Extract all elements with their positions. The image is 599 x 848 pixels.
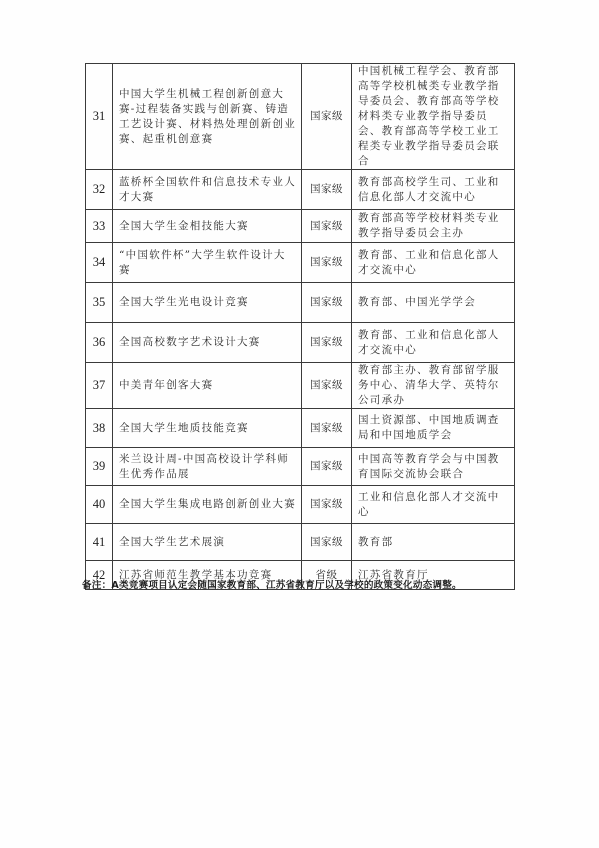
organizer: 中国机械工程学会、教育部高等学校机械类专业教学指导委员会、教育部高等学校材料类专… [352, 64, 515, 170]
row-number: 38 [86, 409, 113, 448]
row-number: 32 [86, 170, 113, 210]
competition-level: 国家级 [302, 448, 352, 486]
competition-name: 全国大学生光电设计竞赛 [113, 283, 302, 323]
competition-level: 国家级 [302, 363, 352, 409]
row-number: 35 [86, 283, 113, 323]
competition-name: 米兰设计周-中国高校设计学科师生优秀作品展 [113, 448, 302, 486]
competition-level: 国家级 [302, 64, 352, 170]
competition-level: 国家级 [302, 409, 352, 448]
organizer: 中国高等教育学会与中国教育国际交流协会联合 [352, 448, 515, 486]
organizer: 教育部、中国光学学会 [352, 283, 515, 323]
table-row: 41 全国大学生艺术展演 国家级 教育部 [86, 524, 515, 561]
row-number: 37 [86, 363, 113, 409]
competition-name: 全国大学生金相技能大赛 [113, 210, 302, 243]
table-row: 31 中国大学生机械工程创新创意大赛-过程装备实践与创新赛、铸造工艺设计赛、材料… [86, 64, 515, 170]
competition-level: 国家级 [302, 283, 352, 323]
table-row: 34 “中国软件杯”大学生软件设计大赛 国家级 教育部、工业和信息化部人才交流中… [86, 243, 515, 283]
competition-level: 国家级 [302, 243, 352, 283]
competition-level: 国家级 [302, 524, 352, 561]
row-number: 41 [86, 524, 113, 561]
competition-name: 中美青年创客大赛 [113, 363, 302, 409]
row-number: 40 [86, 486, 113, 524]
organizer: 教育部、工业和信息化部人才交流中心 [352, 243, 515, 283]
row-number: 34 [86, 243, 113, 283]
competition-level: 国家级 [302, 210, 352, 243]
table-row: 35 全国大学生光电设计竞赛 国家级 教育部、中国光学学会 [86, 283, 515, 323]
competition-level: 国家级 [302, 170, 352, 210]
row-number: 36 [86, 323, 113, 363]
competition-name: 全国大学生集成电路创新创业大赛 [113, 486, 302, 524]
table-row: 37 中美青年创客大赛 国家级 教育部主办、教育部留学服务中心、清华大学、英特尔… [86, 363, 515, 409]
table-row: 39 米兰设计周-中国高校设计学科师生优秀作品展 国家级 中国高等教育学会与中国… [86, 448, 515, 486]
competition-level: 国家级 [302, 486, 352, 524]
row-number: 39 [86, 448, 113, 486]
organizer: 教育部高等学校材料类专业教学指导委员会主办 [352, 210, 515, 243]
competition-name: 全国大学生地质技能竞赛 [113, 409, 302, 448]
row-number: 33 [86, 210, 113, 243]
table-row: 36 全国高校数字艺术设计大赛 国家级 教育部、工业和信息化部人才交流中心 [86, 323, 515, 363]
table-row: 32 蓝桥杯全国软件和信息技术专业人才大赛 国家级 教育部高校学生司、工业和信息… [86, 170, 515, 210]
row-number: 31 [86, 64, 113, 170]
organizer: 教育部主办、教育部留学服务中心、清华大学、英特尔公司承办 [352, 363, 515, 409]
organizer: 国土资源部、中国地质调查局和中国地质学会 [352, 409, 515, 448]
competition-name: 中国大学生机械工程创新创意大赛-过程装备实践与创新赛、铸造工艺设计赛、材料热处理… [113, 64, 302, 170]
organizer: 教育部、工业和信息化部人才交流中心 [352, 323, 515, 363]
table-row: 33 全国大学生金相技能大赛 国家级 教育部高等学校材料类专业教学指导委员会主办 [86, 210, 515, 243]
organizer: 工业和信息化部人才交流中心 [352, 486, 515, 524]
organizer: 教育部高校学生司、工业和信息化部人才交流中心 [352, 170, 515, 210]
competition-name: 蓝桥杯全国软件和信息技术专业人才大赛 [113, 170, 302, 210]
competition-level: 国家级 [302, 323, 352, 363]
table-body: 31 中国大学生机械工程创新创意大赛-过程装备实践与创新赛、铸造工艺设计赛、材料… [86, 64, 515, 590]
competition-name: “中国软件杯”大学生软件设计大赛 [113, 243, 302, 283]
competition-table: 31 中国大学生机械工程创新创意大赛-过程装备实践与创新赛、铸造工艺设计赛、材料… [85, 63, 515, 590]
table-row: 40 全国大学生集成电路创新创业大赛 国家级 工业和信息化部人才交流中心 [86, 486, 515, 524]
table-row: 38 全国大学生地质技能竞赛 国家级 国土资源部、中国地质调查局和中国地质学会 [86, 409, 515, 448]
competition-name: 全国高校数字艺术设计大赛 [113, 323, 302, 363]
competition-name: 全国大学生艺术展演 [113, 524, 302, 561]
footnote: 备注：A类竞赛项目认定会随国家教育部、江苏省教育厅以及学校的政策变化动态调整。 [82, 577, 522, 591]
organizer: 教育部 [352, 524, 515, 561]
